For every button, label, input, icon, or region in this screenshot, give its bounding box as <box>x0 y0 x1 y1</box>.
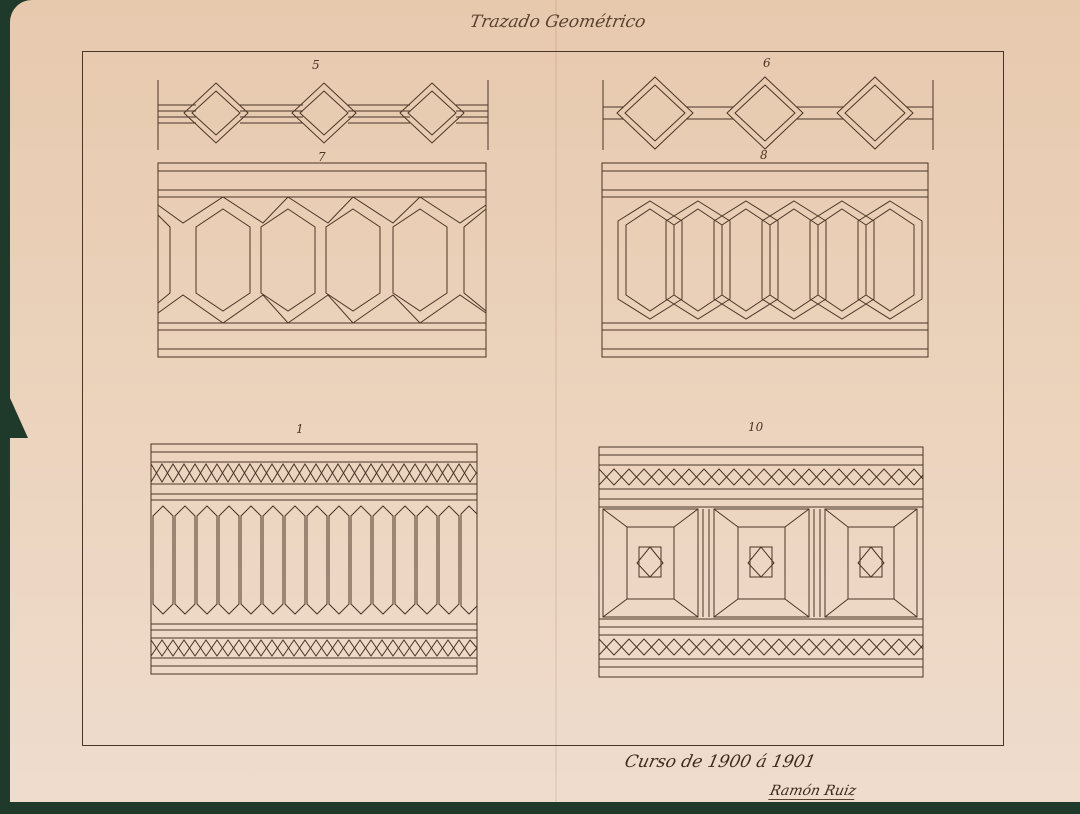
panel-5-diamond-band <box>158 75 488 155</box>
document-title: Trazado Geométrico <box>468 12 647 32</box>
panel-7-hexagon-frieze <box>158 163 488 358</box>
panel-number-5: 5 <box>312 58 320 72</box>
panel-number-7: 7 <box>318 150 326 164</box>
author-signature: Ramón Ruiz <box>768 783 857 800</box>
panel-6-diamond-band <box>603 75 933 155</box>
panel-9-narrow-hexagon-frieze <box>151 444 479 676</box>
course-label: Curso de 1900 á 1901 <box>623 752 818 772</box>
panel-number-9: 1 <box>296 422 304 436</box>
panel-8-interlaced-frieze <box>602 163 930 358</box>
paper-tear <box>10 398 28 438</box>
panel-number-6: 6 <box>763 56 771 70</box>
panel-number-8: 8 <box>760 148 768 162</box>
panel-10-square-coffer-frieze <box>599 447 925 679</box>
panel-number-10: 10 <box>748 420 763 434</box>
